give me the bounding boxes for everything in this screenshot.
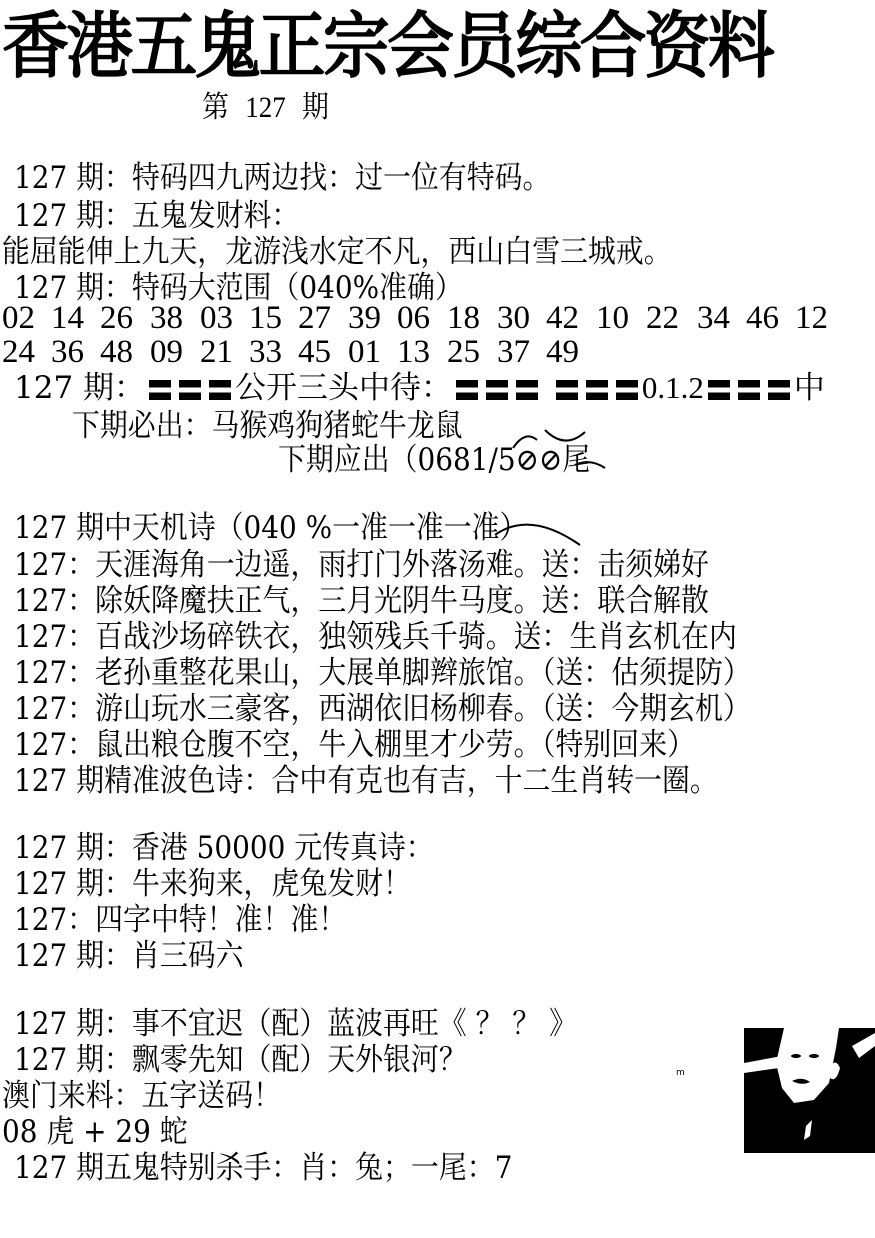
fax-line: 127 期：牛来狗来，虎兔发财！ <box>14 866 411 902</box>
three-heads-label: 公开三头中待： <box>235 370 452 406</box>
number: 01 <box>348 334 381 370</box>
number-row-1: 02 14 26 38 03 15 27 39 06 18 30 42 10 2… <box>0 300 875 336</box>
block-icon <box>209 380 231 400</box>
number: 25 <box>447 334 480 370</box>
number: 10 <box>596 300 629 336</box>
block-icon <box>516 380 538 400</box>
poem-line: 127：百战沙场碎铁衣，独领残兵千骑。送：生肖玄机在内 <box>14 619 737 655</box>
portrait-image <box>744 1028 875 1153</box>
special-code-line: 127 期：特码四九两边找：过一位有特码。 <box>14 160 550 196</box>
number: 06 <box>397 300 430 336</box>
number: 26 <box>100 300 133 336</box>
five-digit-code-line: 08 虎 + 29 蛇 <box>2 1114 188 1150</box>
block-icon <box>738 380 760 400</box>
number: 46 <box>746 300 779 336</box>
issue-value: 127 <box>245 91 286 124</box>
block-icon <box>179 380 201 400</box>
poem-line: 127：老孙重整花果山，大展单脚辫旅馆。（送：估须提防） <box>14 655 751 691</box>
three-heads-digits: 0.1.2 <box>642 370 704 405</box>
three-heads-suffix: 中 <box>794 370 825 406</box>
fax-line: 127：四字中特！准！准！ <box>14 902 346 938</box>
number: 48 <box>100 334 133 370</box>
poem-line: 127：鼠出粮仓腹不空，牛入棚里才少劳。（特别回来） <box>14 727 695 763</box>
number: 18 <box>447 300 480 336</box>
number: 12 <box>795 300 828 336</box>
bottom-line: 127 期：事不宜迟（配）蓝波再旺《 ？ ？ 》 <box>14 1006 577 1042</box>
block-icon <box>768 380 790 400</box>
block-icon <box>586 380 608 400</box>
number: 21 <box>200 334 233 370</box>
wugui-fortune-line: 127 期：五鬼发财料： <box>14 198 299 234</box>
block-icon <box>616 380 638 400</box>
macau-source-line: 澳门来料：五字送码！ <box>2 1078 281 1114</box>
number: 24 <box>2 334 35 370</box>
number-row-2: 24 36 48 09 21 33 45 01 13 25 37 49 <box>0 334 875 370</box>
poem-line: 127：天涯海角一边遥，雨打门外落汤难。送：击须娣好 <box>14 547 709 583</box>
number: 30 <box>497 300 530 336</box>
number: 15 <box>249 300 282 336</box>
next-should-line: 下期应出（0681/5⊘⊘尾 <box>278 442 590 478</box>
number: 13 <box>397 334 430 370</box>
next-must-line: 下期必出：马猴鸡狗猪蛇牛龙鼠 <box>72 408 463 444</box>
number: 42 <box>546 300 579 336</box>
number: 14 <box>51 300 84 336</box>
number: 45 <box>298 334 331 370</box>
number: 38 <box>150 300 183 336</box>
issue-suffix: 期 <box>302 90 329 125</box>
block-icon <box>149 380 171 400</box>
number: 27 <box>298 300 331 336</box>
block-icon <box>486 380 508 400</box>
issue-prefix: 第 <box>202 90 229 125</box>
number: 09 <box>150 334 183 370</box>
three-heads-line: 127 期：公开三头中待： 0.1.2中 <box>14 370 825 406</box>
number: 39 <box>348 300 381 336</box>
killer-line: 127 期五鬼特别杀手：肖：兔；一尾：7 <box>14 1150 512 1186</box>
poem-line: 127：除妖降魔扶正气，三月光阴牛马度。送：联合解散 <box>14 583 709 619</box>
number: 03 <box>200 300 233 336</box>
page-title: 香港五鬼正宗会员综合资料 <box>2 4 772 88</box>
number: 33 <box>249 334 282 370</box>
block-icon <box>456 380 478 400</box>
issue-number: 第127期 <box>202 88 329 128</box>
wave-color-poem: 127 期精准波色诗：合中有克也有吉，十二生肖转一圈。 <box>14 763 718 799</box>
bottom-line: 127 期：飘零先知（配）天外银河？ <box>14 1042 467 1078</box>
number: 22 <box>646 300 679 336</box>
number: 34 <box>697 300 730 336</box>
small-mark: m <box>676 1068 685 1078</box>
number: 49 <box>546 334 579 370</box>
fax-line: 127 期：肖三码六 <box>14 938 244 974</box>
fortune-poem-line: 能屈能伸上九天，龙游浅水定不凡，西山白雪三城戒。 <box>2 234 672 270</box>
poem-line: 127：游山玩水三豪客，西湖依旧杨柳春。（送：今期玄机） <box>14 691 751 727</box>
portrait-photo <box>744 1028 875 1153</box>
fax-line: 127 期：香港 50000 元传真诗： <box>14 830 434 866</box>
block-icon <box>556 380 578 400</box>
number: 36 <box>51 334 84 370</box>
poem-title: 127 期中天机诗（040 %一准一准一准） <box>14 510 527 546</box>
number: 37 <box>497 334 530 370</box>
three-heads-prefix: 127 期： <box>14 370 145 406</box>
number: 02 <box>2 300 35 336</box>
block-icon <box>708 380 730 400</box>
